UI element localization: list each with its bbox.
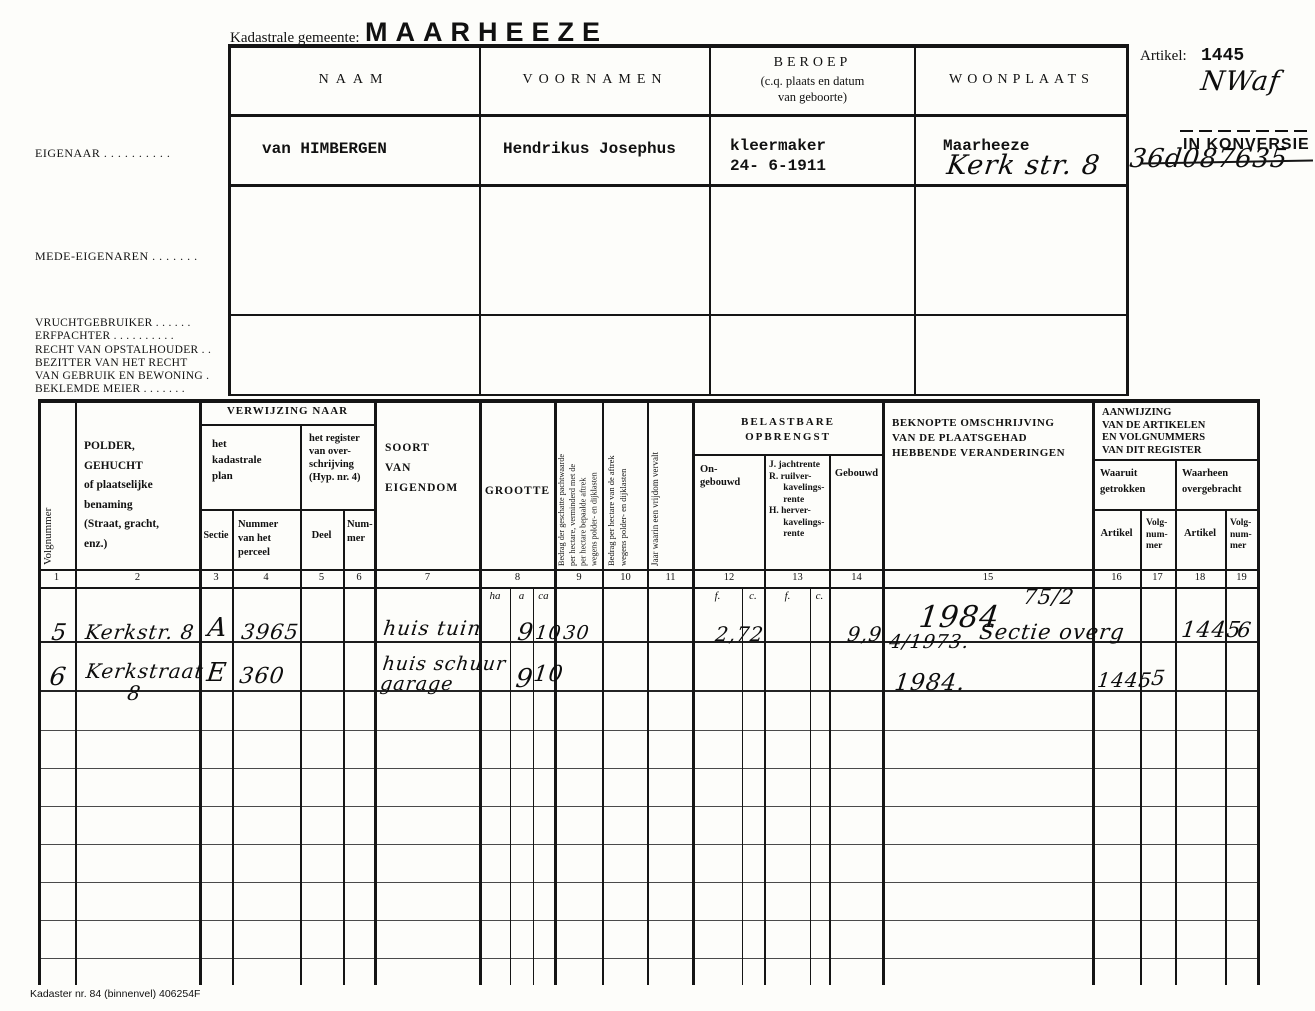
- stamp-number-handwritten: 36d087635: [1128, 144, 1290, 174]
- header-artikel-18: Artikel: [1175, 528, 1225, 539]
- register-table-line: [764, 455, 766, 985]
- entry-row-rule: [38, 690, 1260, 692]
- row5-soort: huis tuin: [382, 616, 483, 640]
- row6-volgnummer: 6: [48, 662, 68, 691]
- header-grootte: GROOTTE: [480, 485, 555, 497]
- unit-ca: ca: [533, 590, 554, 602]
- unit-c: c.: [742, 590, 764, 602]
- header-nummer: Num- mer: [347, 518, 373, 546]
- row6-waaruit-volgnr: 5: [1150, 666, 1167, 690]
- row5-pachtwaarde: 30: [562, 622, 591, 644]
- header-verwijzing-naar: VERWIJZING NAAR: [200, 405, 375, 417]
- column-number: 12: [693, 572, 765, 583]
- column-number: 4: [232, 572, 300, 583]
- unit-f: f.: [693, 590, 742, 602]
- column-number: 19: [1225, 572, 1258, 583]
- owner-table-line: [228, 114, 1128, 117]
- row5-sectie: A: [206, 613, 229, 643]
- header-volgnr-17: Volg- num- mer: [1146, 518, 1168, 553]
- column-number: 14: [830, 572, 883, 583]
- column-number: 9: [555, 572, 603, 583]
- owner-table-border: [1126, 44, 1129, 396]
- owner-address-handwritten: Kerk str. 8: [945, 150, 1102, 181]
- register-table-border: [38, 399, 1260, 403]
- column-number: 10: [603, 572, 648, 583]
- register-table-line: [692, 399, 695, 985]
- entry-row-rule: [38, 844, 1260, 845]
- row6-grootte-ca: 10: [532, 662, 565, 687]
- owner-table-border: [228, 44, 1128, 48]
- register-table-line: [200, 424, 375, 426]
- register-table-line: [602, 399, 604, 985]
- column-number: 2: [75, 572, 200, 583]
- column-header-woonplaats: WOONPLAATS: [915, 72, 1128, 88]
- header-deel: Deel: [300, 530, 343, 541]
- row5-grootte-ca: 10: [534, 622, 563, 644]
- column-header-naam: NAAM: [228, 72, 480, 88]
- row-label-mede-eigenaren: MEDE-EIGENAREN . . . . . . .: [35, 249, 198, 264]
- artikel-label: Artikel:: [1140, 48, 1187, 65]
- entry-row-rule: [38, 920, 1260, 921]
- register-table-line: [38, 569, 1260, 571]
- header-rente: J. jachtrente R. ruilver- kavelings- ren…: [769, 460, 824, 541]
- column-header-beroep: BEROEP: [710, 55, 915, 71]
- entry-row-rule: [38, 958, 1260, 959]
- header-pachtwaarde: Bedrag der geschatte pachtwaarde per hec…: [557, 403, 602, 566]
- column-header-voornamen: VOORNAMEN: [480, 72, 710, 88]
- header-kadastrale-plan: het kadastrale plan: [212, 436, 262, 484]
- header-waaruit-getrokken: Waaruit getrokken: [1100, 466, 1145, 498]
- register-table-line: [647, 399, 649, 985]
- column-header-beroep-sub2: van geboorte): [710, 90, 915, 105]
- row6-soort: huis schuur garage: [379, 654, 507, 694]
- row5-grootte-a: 9: [516, 618, 536, 646]
- register-table-line: [742, 588, 743, 985]
- column-number: 18: [1175, 572, 1225, 583]
- row5-straat: Kerkstr. 8: [84, 620, 196, 644]
- column-number: 13: [765, 572, 830, 583]
- column-number: 16: [1093, 572, 1140, 583]
- unit-a: a: [510, 590, 533, 602]
- row-label-overige-rechten: VRUCHTGEBRUIKER . . . . . . ERFPACHTER .…: [35, 317, 211, 397]
- register-table-line: [200, 509, 375, 511]
- entry-row-rule: [38, 882, 1260, 883]
- register-table-line: [533, 588, 534, 985]
- header-aanwijzing: AANWIJZING VAN DE ARTIKELEN EN VOLGNUMME…: [1102, 407, 1205, 457]
- row5-opbrengst-ongebouwd: 2,72: [714, 622, 765, 646]
- column-number: 1: [38, 572, 75, 583]
- row5-waarheen-volgnr: 6: [1236, 618, 1253, 642]
- header-waarheen-overgebracht: Waarheen overgebracht: [1182, 466, 1241, 498]
- row5-perceel: 3965: [240, 620, 300, 644]
- form-number-footer: Kadaster nr. 84 (binnenvel) 406254F: [30, 988, 200, 1000]
- register-table-line: [693, 454, 883, 456]
- row6-perceel: 360: [238, 664, 286, 689]
- header-aftrek: Bedrag per hectare van de aftrek wegens …: [605, 403, 647, 566]
- owner-table-border: [228, 44, 231, 396]
- row5-verandering-tekst: Sectie overg: [978, 620, 1126, 644]
- header-polder: POLDER, GEHUCHT of plaatselijke benaming…: [84, 437, 159, 554]
- entry-row-rule: [38, 730, 1260, 731]
- header-register-overschrijving: het register van over- schrijving (Hyp. …: [309, 432, 361, 484]
- register-table-line: [829, 455, 831, 985]
- row6-verandering-jaar: 1984.: [893, 670, 967, 696]
- owner-birthdate: 24- 6-1911: [730, 157, 826, 175]
- register-table-line: [882, 399, 885, 985]
- owner-table-line: [228, 184, 1128, 187]
- register-table-line: [75, 399, 77, 985]
- header-sectie: Sectie: [200, 530, 232, 541]
- unit-c: c.: [810, 590, 829, 602]
- artikel-annotation-handwritten: NWaf: [1199, 66, 1282, 97]
- cadastral-register-page: Kadastrale gemeente: MAARHEEZE Artikel: …: [0, 0, 1315, 1011]
- owner-first-names: Hendrikus Josephus: [503, 140, 676, 158]
- column-number: 5: [300, 572, 343, 583]
- row5-opbrengst-gebouwd: 9,9: [846, 622, 884, 646]
- register-table-line: [300, 425, 302, 985]
- unit-f: f.: [765, 590, 810, 602]
- owner-table-line: [228, 314, 1128, 316]
- column-number: 15: [883, 572, 1093, 583]
- unit-ha: ha: [480, 590, 510, 602]
- register-table-line: [38, 587, 1260, 589]
- register-table-border: [38, 399, 41, 985]
- column-number: 3: [200, 572, 232, 583]
- column-header-beroep-sub1: (c.q. plaats en datum: [710, 74, 915, 89]
- register-table-line: [810, 588, 811, 985]
- stamp-line-top: [1180, 130, 1313, 132]
- row5-verandering-breuk: 75/2: [1022, 585, 1076, 609]
- owner-table-line: [479, 44, 481, 396]
- owner-profession: kleermaker: [730, 137, 826, 155]
- row6-sectie: E: [205, 658, 229, 688]
- register-table-line: [1092, 399, 1095, 985]
- entry-row-rule: [38, 768, 1260, 769]
- header-volgnummer: Volgnummer: [42, 415, 72, 565]
- header-beknopte-omschrijving: BEKNOPTE OMSCHRIJVING VAN DE PLAATSGEHAD…: [892, 416, 1065, 461]
- artikel-value: 1445: [1201, 46, 1244, 66]
- row6-waaruit-artikel: 1445: [1096, 668, 1154, 692]
- header-artikel-16: Artikel: [1093, 528, 1140, 539]
- owner-table-line: [228, 394, 1128, 396]
- column-number: 17: [1140, 572, 1175, 583]
- header-ongebouwd: On- gebouwd: [700, 463, 740, 489]
- header-belastbare-opbrengst: BELASTBARE OPBRENGST: [693, 415, 883, 445]
- column-number: 6: [343, 572, 375, 583]
- column-number: 8: [480, 572, 555, 583]
- column-number: 7: [375, 572, 480, 583]
- header-vrijdom: Jaar waarin een vrijdom vervalt: [650, 403, 691, 566]
- column-number: 11: [648, 572, 693, 583]
- entry-row-rule: [38, 806, 1260, 807]
- header-nummer-perceel: Nummer van het perceel: [238, 518, 278, 560]
- register-table-line: [510, 588, 511, 985]
- owner-name: van HIMBERGEN: [262, 140, 387, 158]
- register-table-line: [1093, 509, 1260, 511]
- register-table-line: [374, 399, 377, 985]
- row5-waarheen-artikel: 1445: [1180, 618, 1243, 643]
- row6-straat: Kerkstraat 8: [82, 660, 205, 704]
- header-gebouwd: Gebouwd: [830, 468, 883, 479]
- header-soort-eigendom: SOORT VAN EIGENDOM: [385, 438, 458, 498]
- register-table-line: [1093, 459, 1260, 461]
- row5-volgnummer: 5: [50, 620, 69, 646]
- header-volgnr-19: Volg- num- mer: [1230, 518, 1252, 553]
- row-label-eigenaar: EIGENAAR . . . . . . . . . .: [35, 146, 170, 161]
- register-table-border: [1257, 399, 1260, 985]
